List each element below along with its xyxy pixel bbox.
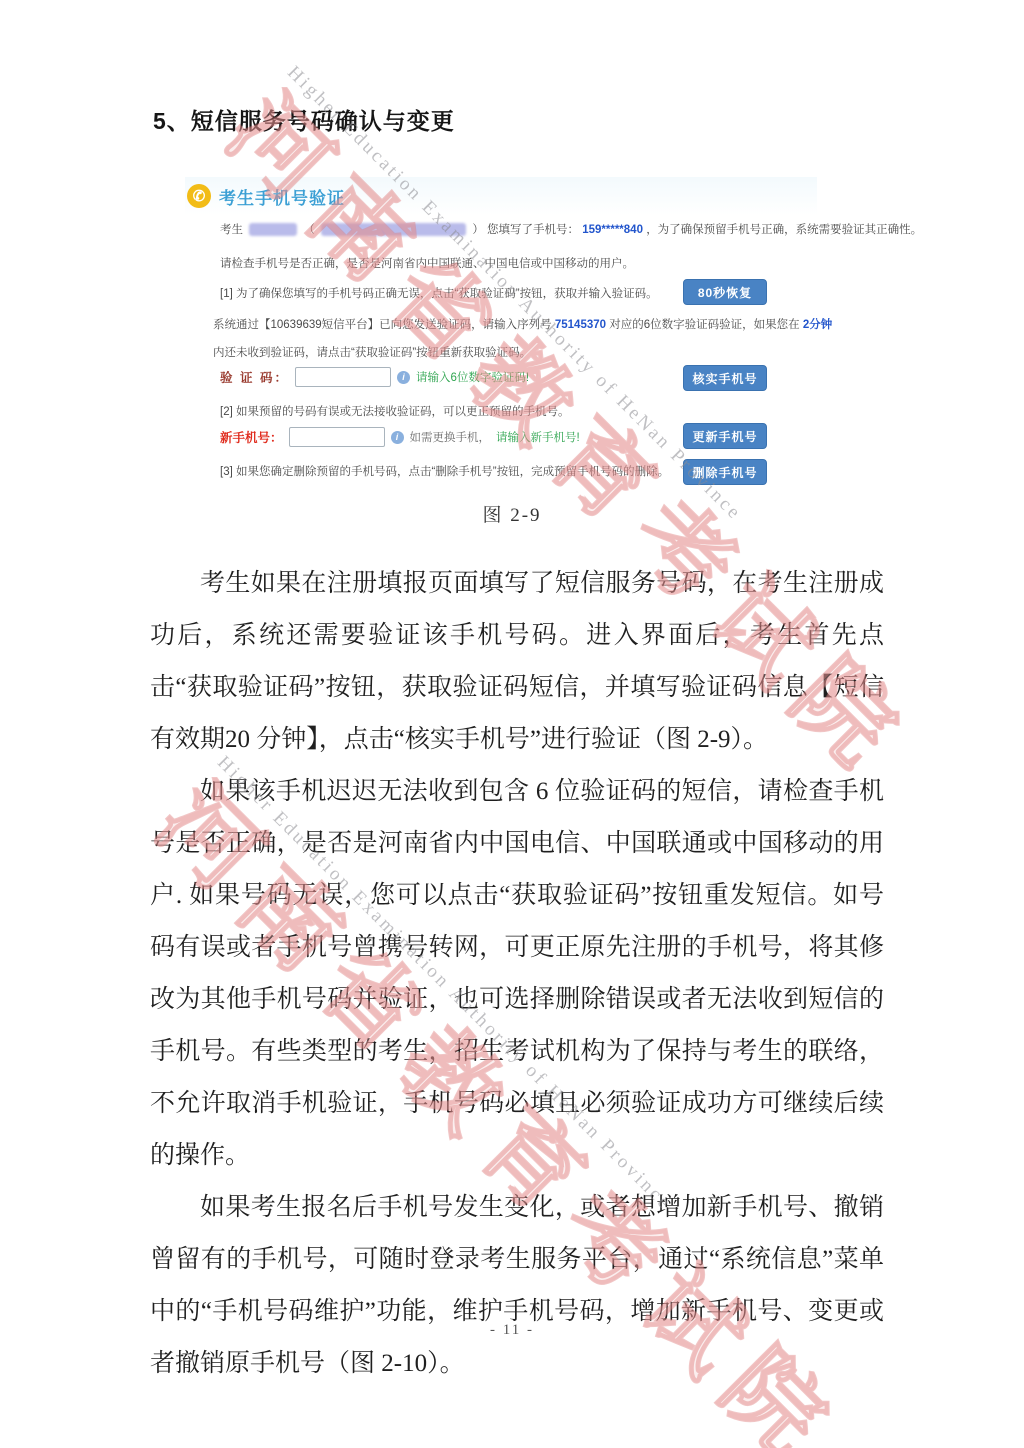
redacted-name-blur (249, 223, 297, 236)
new-phone-hint-gray: 如需更换手机， (410, 429, 491, 445)
figure-caption: 图 2-9 (0, 500, 1024, 527)
verification-code-hint: 请输入6位数字验证码! (416, 369, 529, 385)
paragraph-1: 考生如果在注册填报页面填写了短信服务号码，在考生注册成功后，系统还需要验证该手机… (150, 558, 884, 766)
greeting-line: 考生 （ ） 您填写了手机号： 159*****840 ，为了确保预留手机号正确… (220, 221, 922, 237)
body-text: 考生如果在注册填报页面填写了短信服务号码，在考生注册成功后，系统还需要验证该手机… (150, 558, 884, 1390)
greeting-suffix: ，为了确保预留手机号正确，系统需要验证其正确性。 (646, 224, 922, 236)
panel-title: 考生手机号验证 (219, 184, 345, 209)
phone-icon (187, 184, 211, 208)
check-carrier-line: 请检查手机号是否正确，是否是河南省内中国联通、中国电信或中国移动的用户。 (220, 255, 634, 271)
sms-timeout-highlight: 2分钟 (803, 319, 832, 331)
paragraph-2: 如果该手机迟迟无法收到包含 6 位验证码的短信，请检查手机号是否正确，是否是河南… (150, 766, 884, 1182)
paragraph-3: 如果考生报名后手机号发生变化，或者想增加新手机号、撤销曾留有的手机号，可随时登录… (150, 1182, 884, 1390)
new-phone-input[interactable] (289, 427, 385, 447)
redacted-id-blur (321, 223, 466, 236)
page-number: - 11 - (0, 1322, 1024, 1339)
sms-part2: 对应的6位数字验证码验证，如果您在 (609, 319, 803, 331)
get-code-countdown-button[interactable]: 80秒恢复 (683, 279, 767, 305)
paren-close: ） (472, 224, 484, 236)
new-phone-hint-green: 请输入新手机号! (496, 429, 580, 445)
verification-code-label: 验 证 码： (220, 368, 289, 386)
verification-code-row: 验 证 码： 请输入6位数字验证码! (220, 367, 529, 387)
paren-open: （ (303, 224, 315, 236)
phone-verification-panel: 考生手机号验证 考生 （ ） 您填写了手机号： 159*****840 ，为了确… (185, 173, 817, 495)
step3-text: [3] 如果您确定删除预留的手机号码，点击“删除手机号”按钮，完成预留手机号码的… (220, 463, 669, 479)
sms-serial-number: 75145370 (555, 319, 606, 331)
step1-text: [1] 为了确保您填写的手机号码正确无误，点击“获取验证码”按钮，获取并输入验证… (220, 285, 658, 301)
step2-text: [2] 如果预留的号码有误或无法接收验证码，可以更正预留的手机号。 (220, 403, 569, 419)
panel-header: 考生手机号验证 (185, 177, 817, 215)
info-icon (397, 371, 410, 384)
sms-sent-line2: 内还未收到验证码，请点击“获取验证码”按钮重新获取验证码。 (213, 344, 531, 360)
verify-phone-button[interactable]: 核实手机号 (683, 365, 767, 391)
sms-part1: 系统通过【10639639短信平台】已向您发送验证码，请输入序列号 (213, 319, 555, 331)
info-icon (391, 431, 404, 444)
verification-code-input[interactable] (295, 367, 391, 387)
new-phone-label: 新手机号： (220, 428, 283, 446)
sms-sent-line1: 系统通过【10639639短信平台】已向您发送验证码，请输入序列号 751453… (213, 316, 832, 332)
filled-label: 您填写了手机号： (487, 224, 579, 236)
new-phone-row: 新手机号： 如需更换手机， 请输入新手机号! (220, 427, 580, 447)
update-phone-button[interactable]: 更新手机号 (683, 423, 767, 449)
masked-phone-number: 159*****840 (582, 224, 643, 236)
section-heading: 5、短信服务号码确认与变更 (153, 103, 455, 136)
greeting-prefix: 考生 (220, 224, 243, 236)
delete-phone-button[interactable]: 删除手机号 (683, 459, 767, 485)
